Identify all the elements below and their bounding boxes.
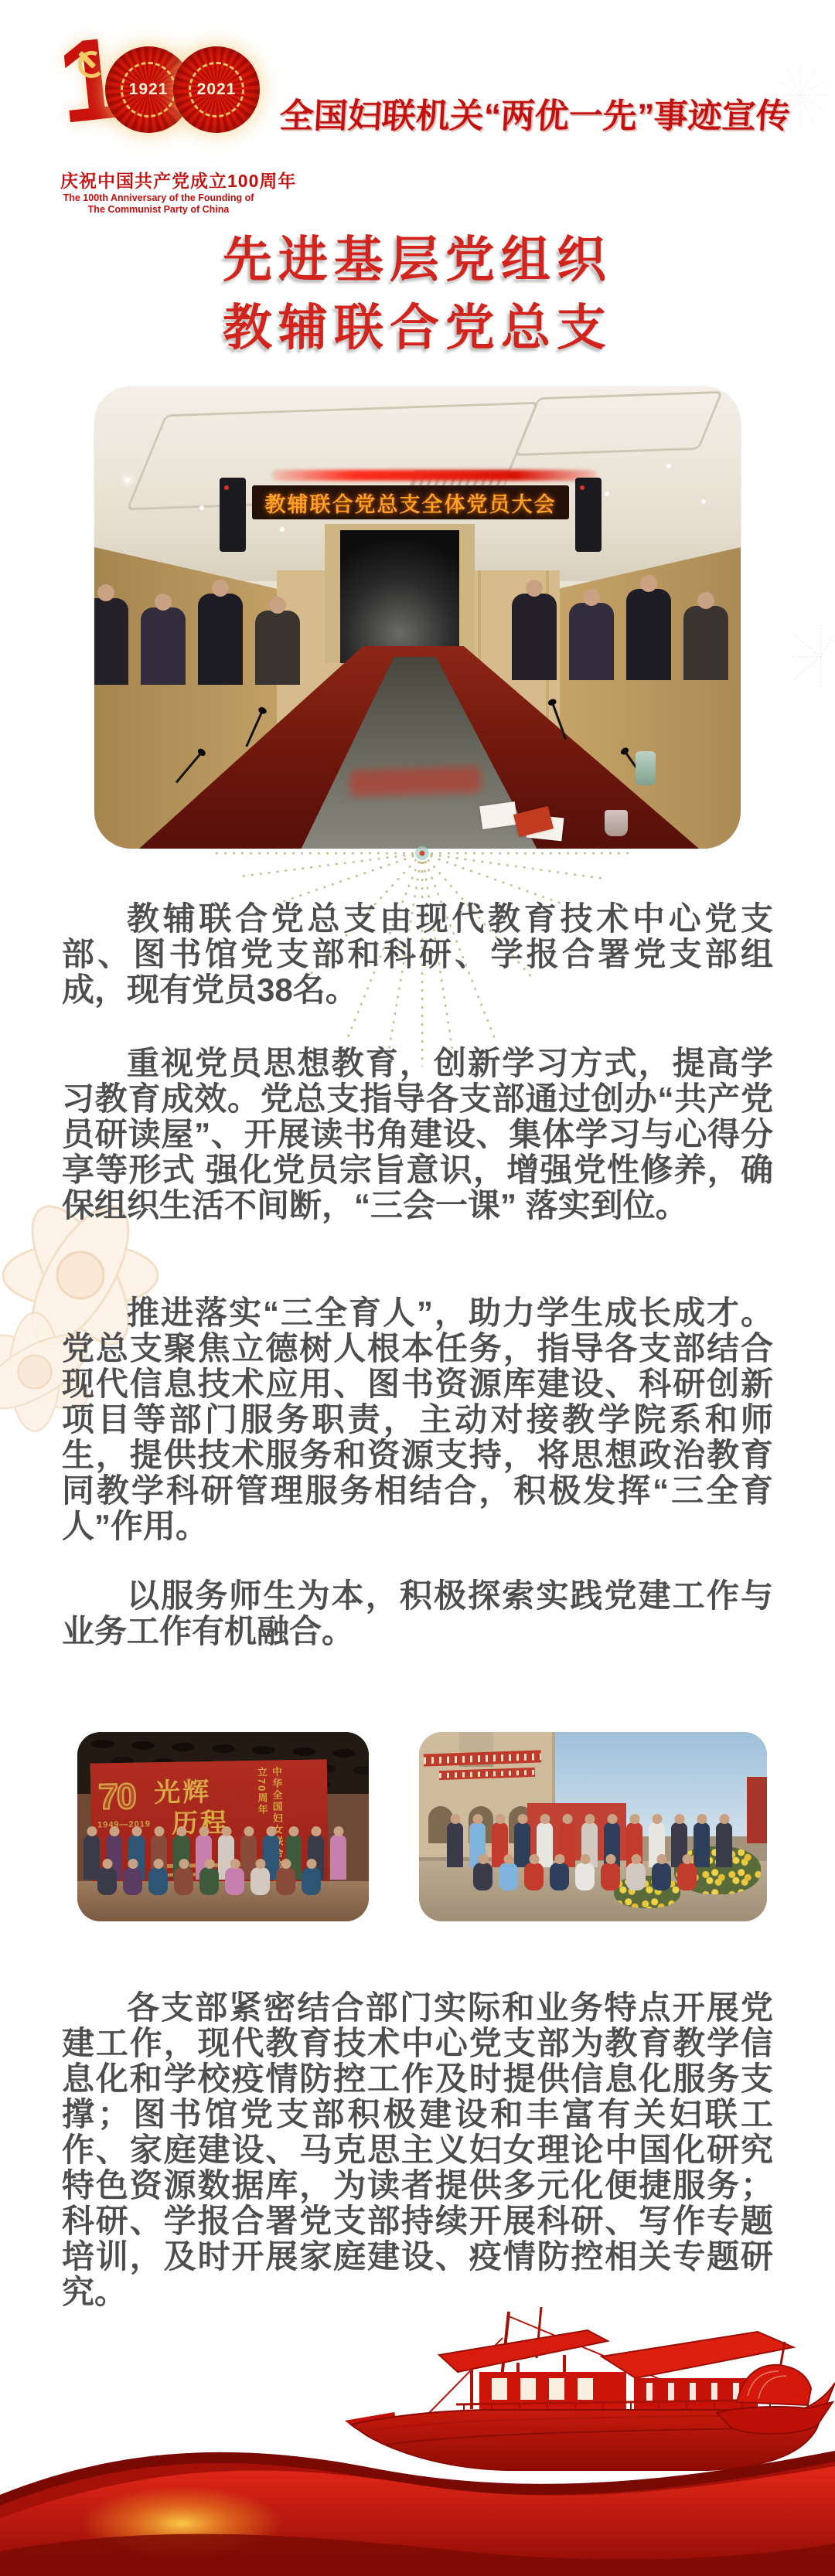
person-silhouette (514, 1822, 530, 1867)
page-title: 先进基层党组织 教辅联合党总支 (0, 226, 835, 362)
badge-70: 70 (98, 1775, 135, 1818)
outdoor-group-photo (419, 1732, 767, 1921)
speaker-left (220, 478, 246, 552)
page-title-line1: 先进基层党组织 (0, 226, 835, 294)
logo-caption-english-line1: The 100th Anniversary of the Founding of (60, 192, 257, 204)
person-silhouette (174, 1867, 193, 1895)
person-silhouette (276, 1867, 295, 1895)
person-silhouette (94, 598, 128, 685)
person-silhouette (302, 1867, 321, 1895)
led-sign: 教辅联合党总支全体党员大会 (252, 485, 569, 519)
logo-zero-2021: 2021 (173, 46, 260, 133)
person-silhouette (330, 1835, 346, 1880)
person-silhouette (626, 589, 671, 680)
meeting-photo: 教辅联合党总支全体党员大会 (94, 386, 741, 849)
led-sign-text: 教辅联合党总支全体党员大会 (265, 488, 557, 518)
led-reflection (349, 766, 481, 797)
person-silhouette (198, 594, 243, 685)
red-wave-ribbon (0, 2421, 835, 2576)
person-silhouette (141, 607, 186, 685)
paragraph-education: 重视党员思想教育，创新学习方式，提高学习教育成效。党总支指导各支部通过创办“共产… (62, 1046, 773, 1223)
logo-year-1921: 1921 (129, 80, 169, 99)
crowd-front-row (97, 1867, 321, 1895)
speaker-right (575, 478, 602, 552)
person-silhouette (148, 1867, 168, 1895)
person-silhouette (537, 1822, 553, 1867)
person-silhouette (550, 1863, 569, 1890)
person-silhouette (123, 1867, 142, 1895)
person-silhouette (694, 1822, 710, 1867)
person-silhouette (652, 1863, 671, 1890)
person-silhouette (473, 1863, 492, 1890)
projection-screen (340, 530, 459, 663)
papers (479, 801, 518, 829)
exhibition-group-photo: 70 1949—2019 光辉 历程 中华全国妇女联合会成立70周年 (77, 1732, 369, 1921)
ceiling-panel (514, 391, 724, 456)
firework-decoration-gray-small (786, 587, 835, 727)
hammer-sickle-icon (71, 49, 105, 83)
thermos-cup (636, 751, 656, 785)
paragraph-sanquan: 推进落实“三全育人”，助力学生成长成才。党总支聚焦立德树人根本任务，指导各支部结… (62, 1295, 773, 1544)
person-silhouette (601, 1863, 620, 1890)
ceiling-recess-lights (91, 1740, 114, 1748)
person-silhouette (255, 611, 300, 685)
attendees-left (94, 594, 300, 685)
person-silhouette (199, 1867, 219, 1895)
red-led-strip (272, 470, 597, 481)
attendees-right (512, 589, 728, 680)
person-silhouette (683, 606, 728, 680)
person-silhouette (569, 603, 614, 680)
person-silhouette (499, 1863, 518, 1890)
logo-caption-english: The 100th Anniversary of the Founding of… (60, 192, 257, 216)
water-glass (605, 810, 628, 836)
red-flower-wall (747, 1777, 767, 1843)
page-title-line2: 教辅联合党总支 (0, 294, 835, 362)
anniversary-logo: 1 1921 2021 庆祝中国共产党成立100周年 The 100th Ann… (60, 29, 257, 216)
paragraph-branches: 各支部紧密结合部门实际和业务特点开展党建工作，现代教育技术中心党支部为教育教学信… (62, 1990, 773, 2310)
person-silhouette (677, 1863, 697, 1890)
person-silhouette (716, 1822, 732, 1867)
person-silhouette (225, 1867, 244, 1895)
person-silhouette (512, 594, 557, 680)
logo-100-artwork: 1 1921 2021 (60, 29, 257, 162)
person-silhouette (250, 1867, 270, 1895)
years-1949-2019: 1949—2019 (97, 1819, 151, 1829)
poster-page: 1 1921 2021 庆祝中国共产党成立100周年 The 100th Ann… (0, 0, 835, 2576)
person-silhouette (447, 1822, 463, 1867)
crowd-front-row (473, 1863, 697, 1890)
ceiling-lights (125, 478, 130, 482)
logo-year-2021: 2021 (197, 80, 237, 99)
paragraph-service: 以服务师生为本，积极探索实践党建工作与业务工作有机融合。 (62, 1578, 773, 1649)
person-silhouette (626, 1863, 646, 1890)
header-banner-title: 全国妇联机关“两优一先”事迹宣传 (278, 88, 822, 138)
person-silhouette (97, 1867, 117, 1895)
person-silhouette (524, 1863, 544, 1890)
logo-caption-english-line2: The Communist Party of China (60, 204, 257, 216)
logo-caption-chinese: 庆祝中国共产党成立100周年 (60, 167, 257, 192)
paragraph-intro: 教辅联合党总支由现代教育技术中心党支部、图书馆党支部和科研、学报合署党支部组成，… (62, 901, 773, 1008)
person-silhouette (575, 1863, 595, 1890)
